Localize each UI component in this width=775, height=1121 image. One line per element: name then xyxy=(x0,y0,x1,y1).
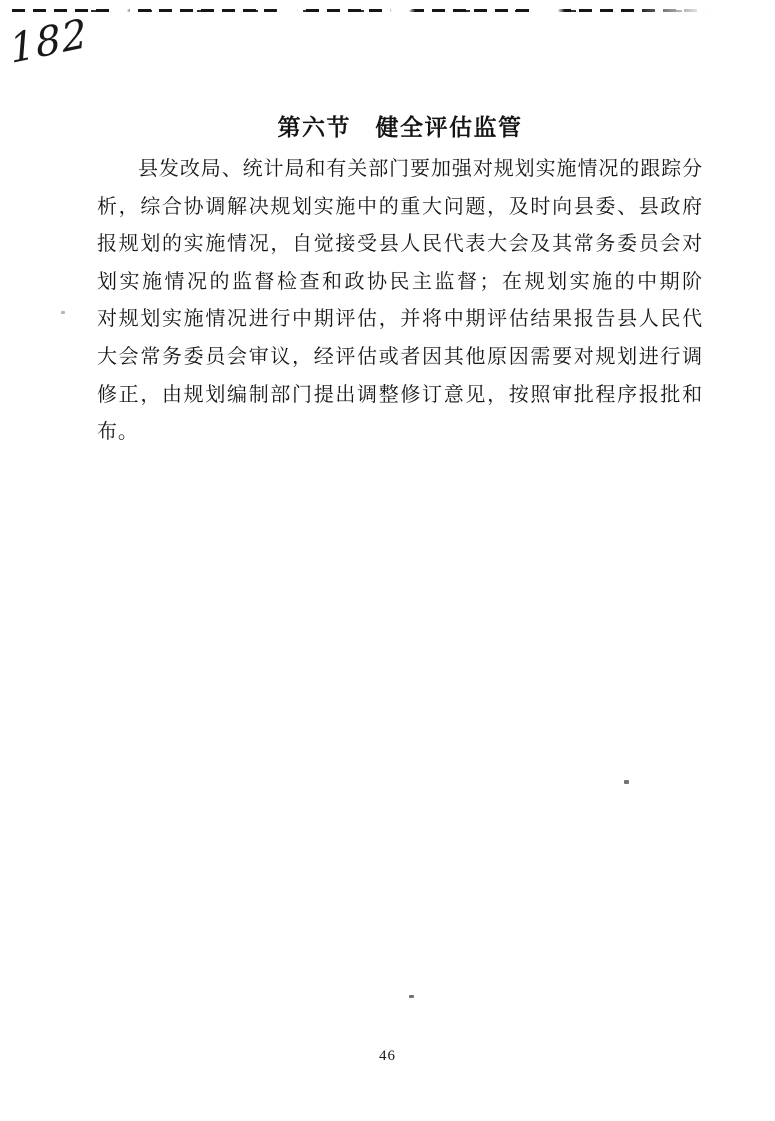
handwritten-page-number: 182 xyxy=(8,14,90,70)
paragraph-line: 析，综合协调解决规划实施中的重大问题，及时向县委、县政府汇 xyxy=(97,189,703,227)
paragraph-line: 县发改局、统计局和有关部门要加强对规划实施情况的跟踪分 xyxy=(97,151,703,189)
scanned-document-page: 182 第六节 健全评估监管 县发改局、统计局和有关部门要加强对规划实施情况的跟… xyxy=(0,0,775,1121)
paragraph-line: 大会常务委员会审议，经评估或者因其他原因需要对规划进行调整 xyxy=(97,339,703,377)
paragraph-line: 对规划实施情况进行中期评估，并将中期评估结果报告县人民代表 xyxy=(97,301,703,339)
paragraph-line: 划实施情况的监督检查和政协民主监督；在规划实施的中期阶段， xyxy=(97,264,703,302)
scan-artifact-top-edge xyxy=(12,9,707,13)
section-title: 第六节 健全评估监管 xyxy=(97,113,703,143)
scan-speck xyxy=(624,780,629,784)
page-footer-number: 46 xyxy=(0,1048,775,1065)
paragraph-line: 报规划的实施情况，自觉接受县人民代表大会及其常务委员会对规 xyxy=(97,226,703,264)
scan-speck xyxy=(409,995,414,998)
scan-speck xyxy=(61,311,65,314)
paragraph-line: 修正，由规划编制部门提出调整修订意见，按照审批程序报批和公 xyxy=(97,377,703,415)
paragraph-line: 布。 xyxy=(97,414,703,452)
body-paragraph: 县发改局、统计局和有关部门要加强对规划实施情况的跟踪分析，综合协调解决规划实施中… xyxy=(97,151,703,452)
